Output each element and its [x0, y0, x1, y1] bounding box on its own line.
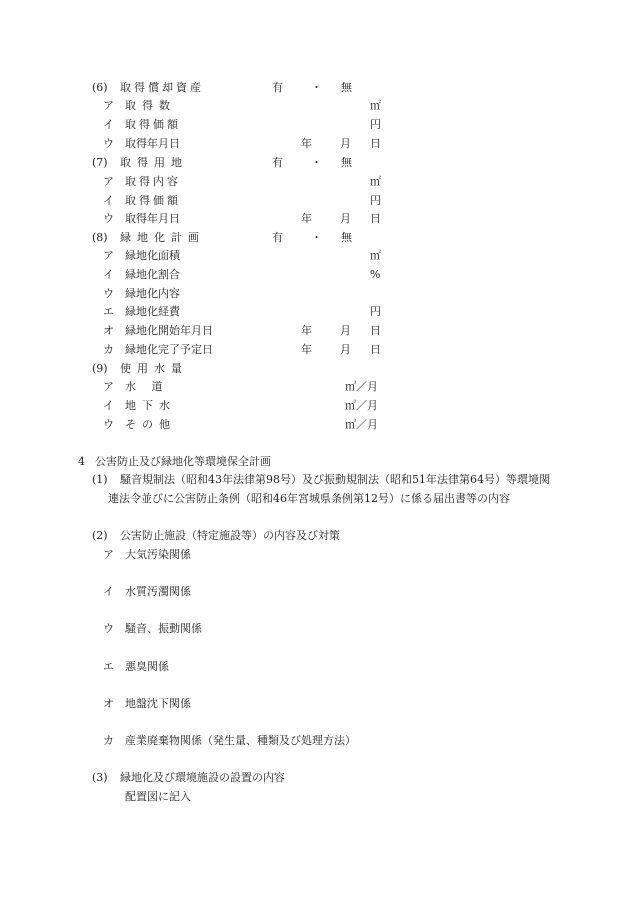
section7-number: (7): [92, 156, 108, 170]
sub2-number: (2): [92, 529, 108, 543]
section8-item-mark: オ: [103, 324, 114, 338]
section8-item-mark: カ: [103, 343, 114, 357]
sub2-item-mark: ア: [103, 548, 114, 562]
section7-item-unit: ㎡: [370, 175, 381, 189]
section7-item-mark: ア: [103, 175, 114, 189]
section8-item-mark: エ: [103, 305, 114, 319]
sub3-note: 配置図に記入: [125, 790, 191, 804]
section9-item-mark: ア: [103, 380, 114, 394]
day-label: 日: [370, 137, 381, 151]
section6-number: (6): [92, 81, 108, 95]
section8-item-unit: ㎡: [370, 249, 381, 263]
section8-item-label: 緑地化割合: [125, 268, 180, 282]
sub1-line2: 連法令並びに公害防止条例（昭和46年宮城県条例第12号）に係る届出書等の内容: [108, 492, 510, 506]
sub2-item-mark: カ: [103, 734, 114, 748]
section8-title: 緑地化計画: [120, 231, 205, 245]
month-label: 月: [340, 343, 351, 357]
section9-item-label: その他: [125, 418, 176, 432]
sub2-item-mark: エ: [103, 660, 114, 674]
section9-item-mark: ウ: [103, 418, 114, 432]
chapter4-title: 公害防止及び緑地化等環境保全計画: [95, 455, 271, 469]
section6-item-unit: ㎡: [370, 99, 381, 113]
year-label: 年: [301, 212, 312, 226]
section7-yes: 有: [272, 156, 283, 170]
section9-number: (9): [92, 362, 108, 376]
section9-item-unit: ㎥／月: [345, 399, 378, 413]
section9-item-label: 地下水: [125, 399, 176, 413]
sub2-item-label: 騒音、振動関係: [125, 622, 202, 636]
sub1-line1: 騒音規制法（昭和43年法律第98号）及び振動規制法（昭和51年法律第64号）等環…: [120, 473, 550, 487]
section9-item-unit: ㎥／月: [345, 418, 378, 432]
section7-item-unit: 円: [370, 194, 381, 208]
section7-item-mark: イ: [103, 194, 114, 208]
section9-item-label: 水 道: [125, 380, 169, 394]
section9-item-unit: ㎥／月: [345, 380, 378, 394]
section7-title: 取得用地: [120, 156, 188, 170]
sub1-number: (1): [92, 473, 108, 487]
sub2-item-mark: ウ: [103, 622, 114, 636]
section6-title: 取得償却資産: [120, 81, 204, 95]
section6-dot: ・: [311, 81, 322, 95]
section8-item-label: 緑地化開始年月日: [125, 324, 213, 338]
section8-item-label: 緑地化面積: [125, 249, 180, 263]
section7-item-label: 取得年月日: [125, 212, 180, 226]
section9-title: 使用水量: [120, 362, 188, 376]
section6-item-mark: イ: [103, 118, 114, 132]
section6-no: 無: [341, 81, 352, 95]
section8-number: (8): [92, 231, 108, 245]
section8-item-mark: ア: [103, 249, 114, 263]
month-label: 月: [340, 137, 351, 151]
section8-dot: ・: [311, 231, 322, 245]
section6-yes: 有: [272, 81, 283, 95]
sub2-item-mark: オ: [103, 697, 114, 711]
section6-item-label: 取得価額: [125, 118, 181, 132]
sub2-item-label: 水質汚濁関係: [125, 585, 191, 599]
section6-item-mark: ウ: [103, 137, 114, 151]
section7-dot: ・: [311, 156, 322, 170]
section8-item-unit: %: [370, 268, 380, 282]
month-label: 月: [340, 324, 351, 338]
sub2-title: 公害防止施設（特定施設等）の内容及び対策: [120, 529, 340, 543]
section8-yes: 有: [272, 231, 283, 245]
sub2-item-mark: イ: [103, 585, 114, 599]
year-label: 年: [301, 137, 312, 151]
year-label: 年: [301, 343, 312, 357]
section7-item-label: 取得内容: [125, 175, 181, 189]
sub3-number: (3): [92, 771, 108, 785]
section6-item-label: 取得年月日: [125, 137, 180, 151]
section8-item-mark: イ: [103, 268, 114, 282]
sub2-item-label: 大気汚染関係: [125, 548, 191, 562]
section8-item-label: 緑地化経費: [125, 305, 180, 319]
sub2-item-label: 地盤沈下関係: [125, 697, 191, 711]
section7-no: 無: [341, 156, 352, 170]
month-label: 月: [340, 212, 351, 226]
day-label: 日: [370, 343, 381, 357]
section9-item-mark: イ: [103, 399, 114, 413]
section8-item-mark: ウ: [103, 287, 114, 301]
section6-item-unit: 円: [370, 118, 381, 132]
chapter4-number: 4: [78, 455, 85, 469]
section6-item-label: 取得数: [125, 99, 176, 113]
sub2-item-label: 産業廃棄物関係（発生量、種類及び処理方法）: [125, 734, 356, 748]
sub2-item-label: 悪臭関係: [125, 660, 169, 674]
day-label: 日: [370, 212, 381, 226]
section7-item-label: 取得価額: [125, 194, 181, 208]
section8-item-label: 緑地化完了予定日: [125, 343, 213, 357]
sub3-title: 緑地化及び環境施設の設置の内容: [120, 771, 285, 785]
section8-item-label: 緑地化内容: [125, 287, 180, 301]
year-label: 年: [301, 324, 312, 338]
section8-item-unit: 円: [370, 305, 381, 319]
section8-no: 無: [341, 231, 352, 245]
day-label: 日: [370, 324, 381, 338]
section6-item-mark: ア: [103, 99, 114, 113]
section7-item-mark: ウ: [103, 212, 114, 226]
